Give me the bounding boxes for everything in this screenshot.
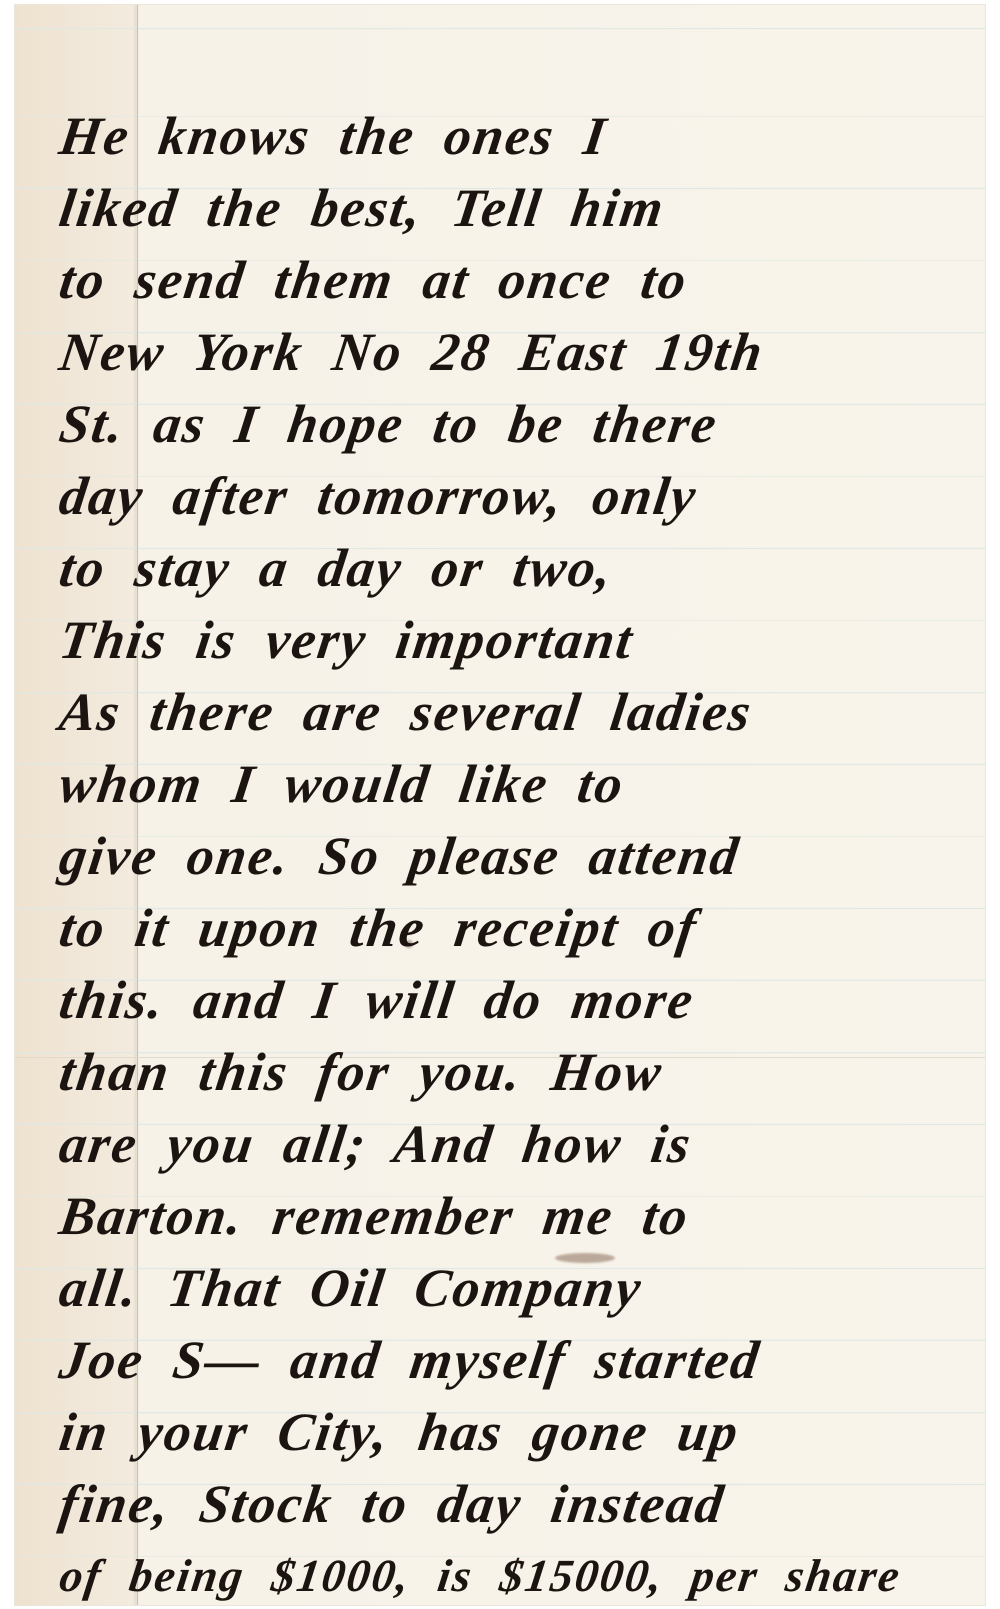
letter-line: day after tomorrow, only [55, 460, 985, 532]
letter-line: this. and I will do more [55, 964, 985, 1036]
letter-line: to stay a day or two, [55, 532, 985, 604]
letter-line: of being $1000, is $15000, per share [55, 1540, 985, 1605]
letter-line: to send them at once to [55, 244, 985, 316]
letter-line: Joe S— and myself started [55, 1324, 985, 1396]
letter-page: He knows the ones I liked the best, Tell… [15, 5, 985, 1605]
letter-line: This is very important [55, 604, 985, 676]
letter-line: Barton. remember me to [55, 1180, 985, 1252]
letter-line: fine, Stock to day instead [55, 1468, 985, 1540]
letter-line: than this for you. How [55, 1036, 985, 1108]
letter-line: to it upon the receipt of [55, 892, 985, 964]
letter-line: He knows the ones I [55, 100, 985, 172]
letter-line: New York No 28 East 19th [55, 316, 985, 388]
letter-line: As there are several ladies [55, 676, 985, 748]
letter-line: whom I would like to [55, 748, 985, 820]
letter-line: all. That Oil Company [55, 1252, 985, 1324]
letter-line: give one. So please attend [55, 820, 985, 892]
letter-body: He knows the ones I liked the best, Tell… [55, 100, 975, 1605]
letter-line: are you all; And how is [55, 1108, 985, 1180]
letter-line: St. as I hope to be there [55, 388, 985, 460]
letter-line: liked the best, Tell him [55, 172, 985, 244]
letter-line: in your City, has gone up [55, 1396, 985, 1468]
